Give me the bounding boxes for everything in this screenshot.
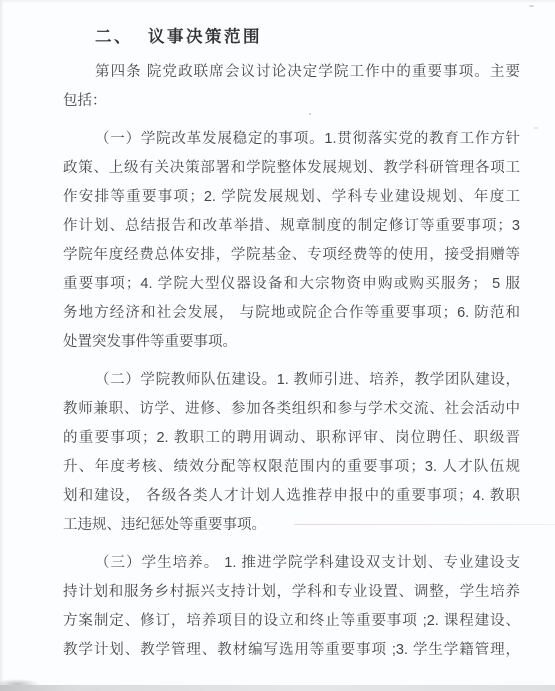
text-line: 第四条 院党政联席会议讨论决定学院工作中的重要事项。主要 bbox=[63, 58, 520, 87]
document-page: 二、议事决策范围 第四条 院党政联席会议讨论决定学院工作中的重要事项。主要包括：… bbox=[0, 0, 555, 691]
text-line: 务地方经济和社会发展， 与院地或院企合作等重要事项；6. 防范和 bbox=[63, 299, 520, 328]
section-number: 二、 bbox=[95, 28, 133, 46]
item-2-faculty-team: （二）学院教师队伍建设。1. 教师引进、培养，教学团队建设，教师兼职、访学、进修… bbox=[63, 366, 520, 540]
text-line: 升、年度考核、绩效分配等权限范围内的重要事项；3. 人才队伍规 bbox=[63, 453, 520, 482]
text-line: 的重要事项；2. 教职工的聘用调动、职称评审、岗位聘任、职级晋 bbox=[63, 424, 520, 453]
scan-edge-left bbox=[0, 0, 4, 691]
scan-edge-top bbox=[0, 0, 555, 3]
section-heading: 二、议事决策范围 bbox=[95, 26, 520, 48]
scan-speck bbox=[534, 127, 538, 129]
scan-speck bbox=[309, 113, 311, 115]
text-line: 作计划、总结报告和改革举措、规章制度的制定修订等重要事项；3 bbox=[63, 212, 520, 241]
text-line: 政策、上级有关决策部署和学院整体发展规划、教学科研管理各项工 bbox=[63, 154, 520, 183]
scan-speck bbox=[529, 5, 534, 7]
text-line: 划和建设， 各级各类人才计划人选推荐申报中的重要事项；4. 教职 bbox=[63, 482, 520, 511]
text-line: （一）学院改革发展稳定的事项。1.贯彻落实党的教育工作方针 bbox=[63, 125, 520, 154]
text-line: 工违规、违纪惩处等重要事项。 bbox=[63, 511, 520, 540]
article-4-intro: 第四条 院党政联席会议讨论决定学院工作中的重要事项。主要包括： bbox=[63, 58, 520, 116]
text-line: （三）学生培养。 1. 推进学院学科建设双支计划、专业建设支 bbox=[63, 549, 520, 578]
text-line: 作安排等重要事项；2. 学院发展规划、学科专业建设规划、年度工 bbox=[63, 183, 520, 212]
text-line: 学院年度经费总体安排，学院基金、专项经费等的使用，接受捐赠等 bbox=[63, 241, 520, 270]
text-line: 教师兼职、访学、进修、参加各类组织和参与学术交流、社会活动中 bbox=[63, 395, 520, 424]
text-line: 重要事项；4. 学院大型仪器设备和大宗物资申购或购买服务； 5 服 bbox=[63, 270, 520, 299]
section-title: 议事决策范围 bbox=[148, 28, 262, 46]
text-line: 处置突发事件等重要事项。 bbox=[63, 328, 520, 357]
text-line: 包括： bbox=[63, 87, 520, 116]
item-1-reform-development: （一）学院改革发展稳定的事项。1.贯彻落实党的教育工作方针政策、上级有关决策部署… bbox=[63, 125, 520, 357]
paragraphs-container: 第四条 院党政联席会议讨论决定学院工作中的重要事项。主要包括：（一）学院改革发展… bbox=[63, 58, 520, 665]
document-text-body: 二、议事决策范围 第四条 院党政联席会议讨论决定学院工作中的重要事项。主要包括：… bbox=[63, 26, 520, 665]
item-3-student-cultivation: （三）学生培养。 1. 推进学院学科建设双支计划、专业建设支持计划和服务乡村振兴… bbox=[63, 549, 520, 665]
text-line: 教学计划、教学管理、教材编写选用等重要事项 ;3. 学生学籍管理， bbox=[63, 636, 520, 665]
text-line: 持计划和服务乡村振兴支持计划，学科和专业设置、调整，学生培养 bbox=[63, 578, 520, 607]
scan-edge-bottom bbox=[0, 685, 555, 691]
scan-artifact-line bbox=[294, 524, 555, 525]
text-line: （二）学院教师队伍建设。1. 教师引进、培养，教学团队建设， bbox=[63, 366, 520, 395]
text-line: 方案制定、修订，培养项目的设立和终止等重要事项 ;2. 课程建设、 bbox=[63, 607, 520, 636]
